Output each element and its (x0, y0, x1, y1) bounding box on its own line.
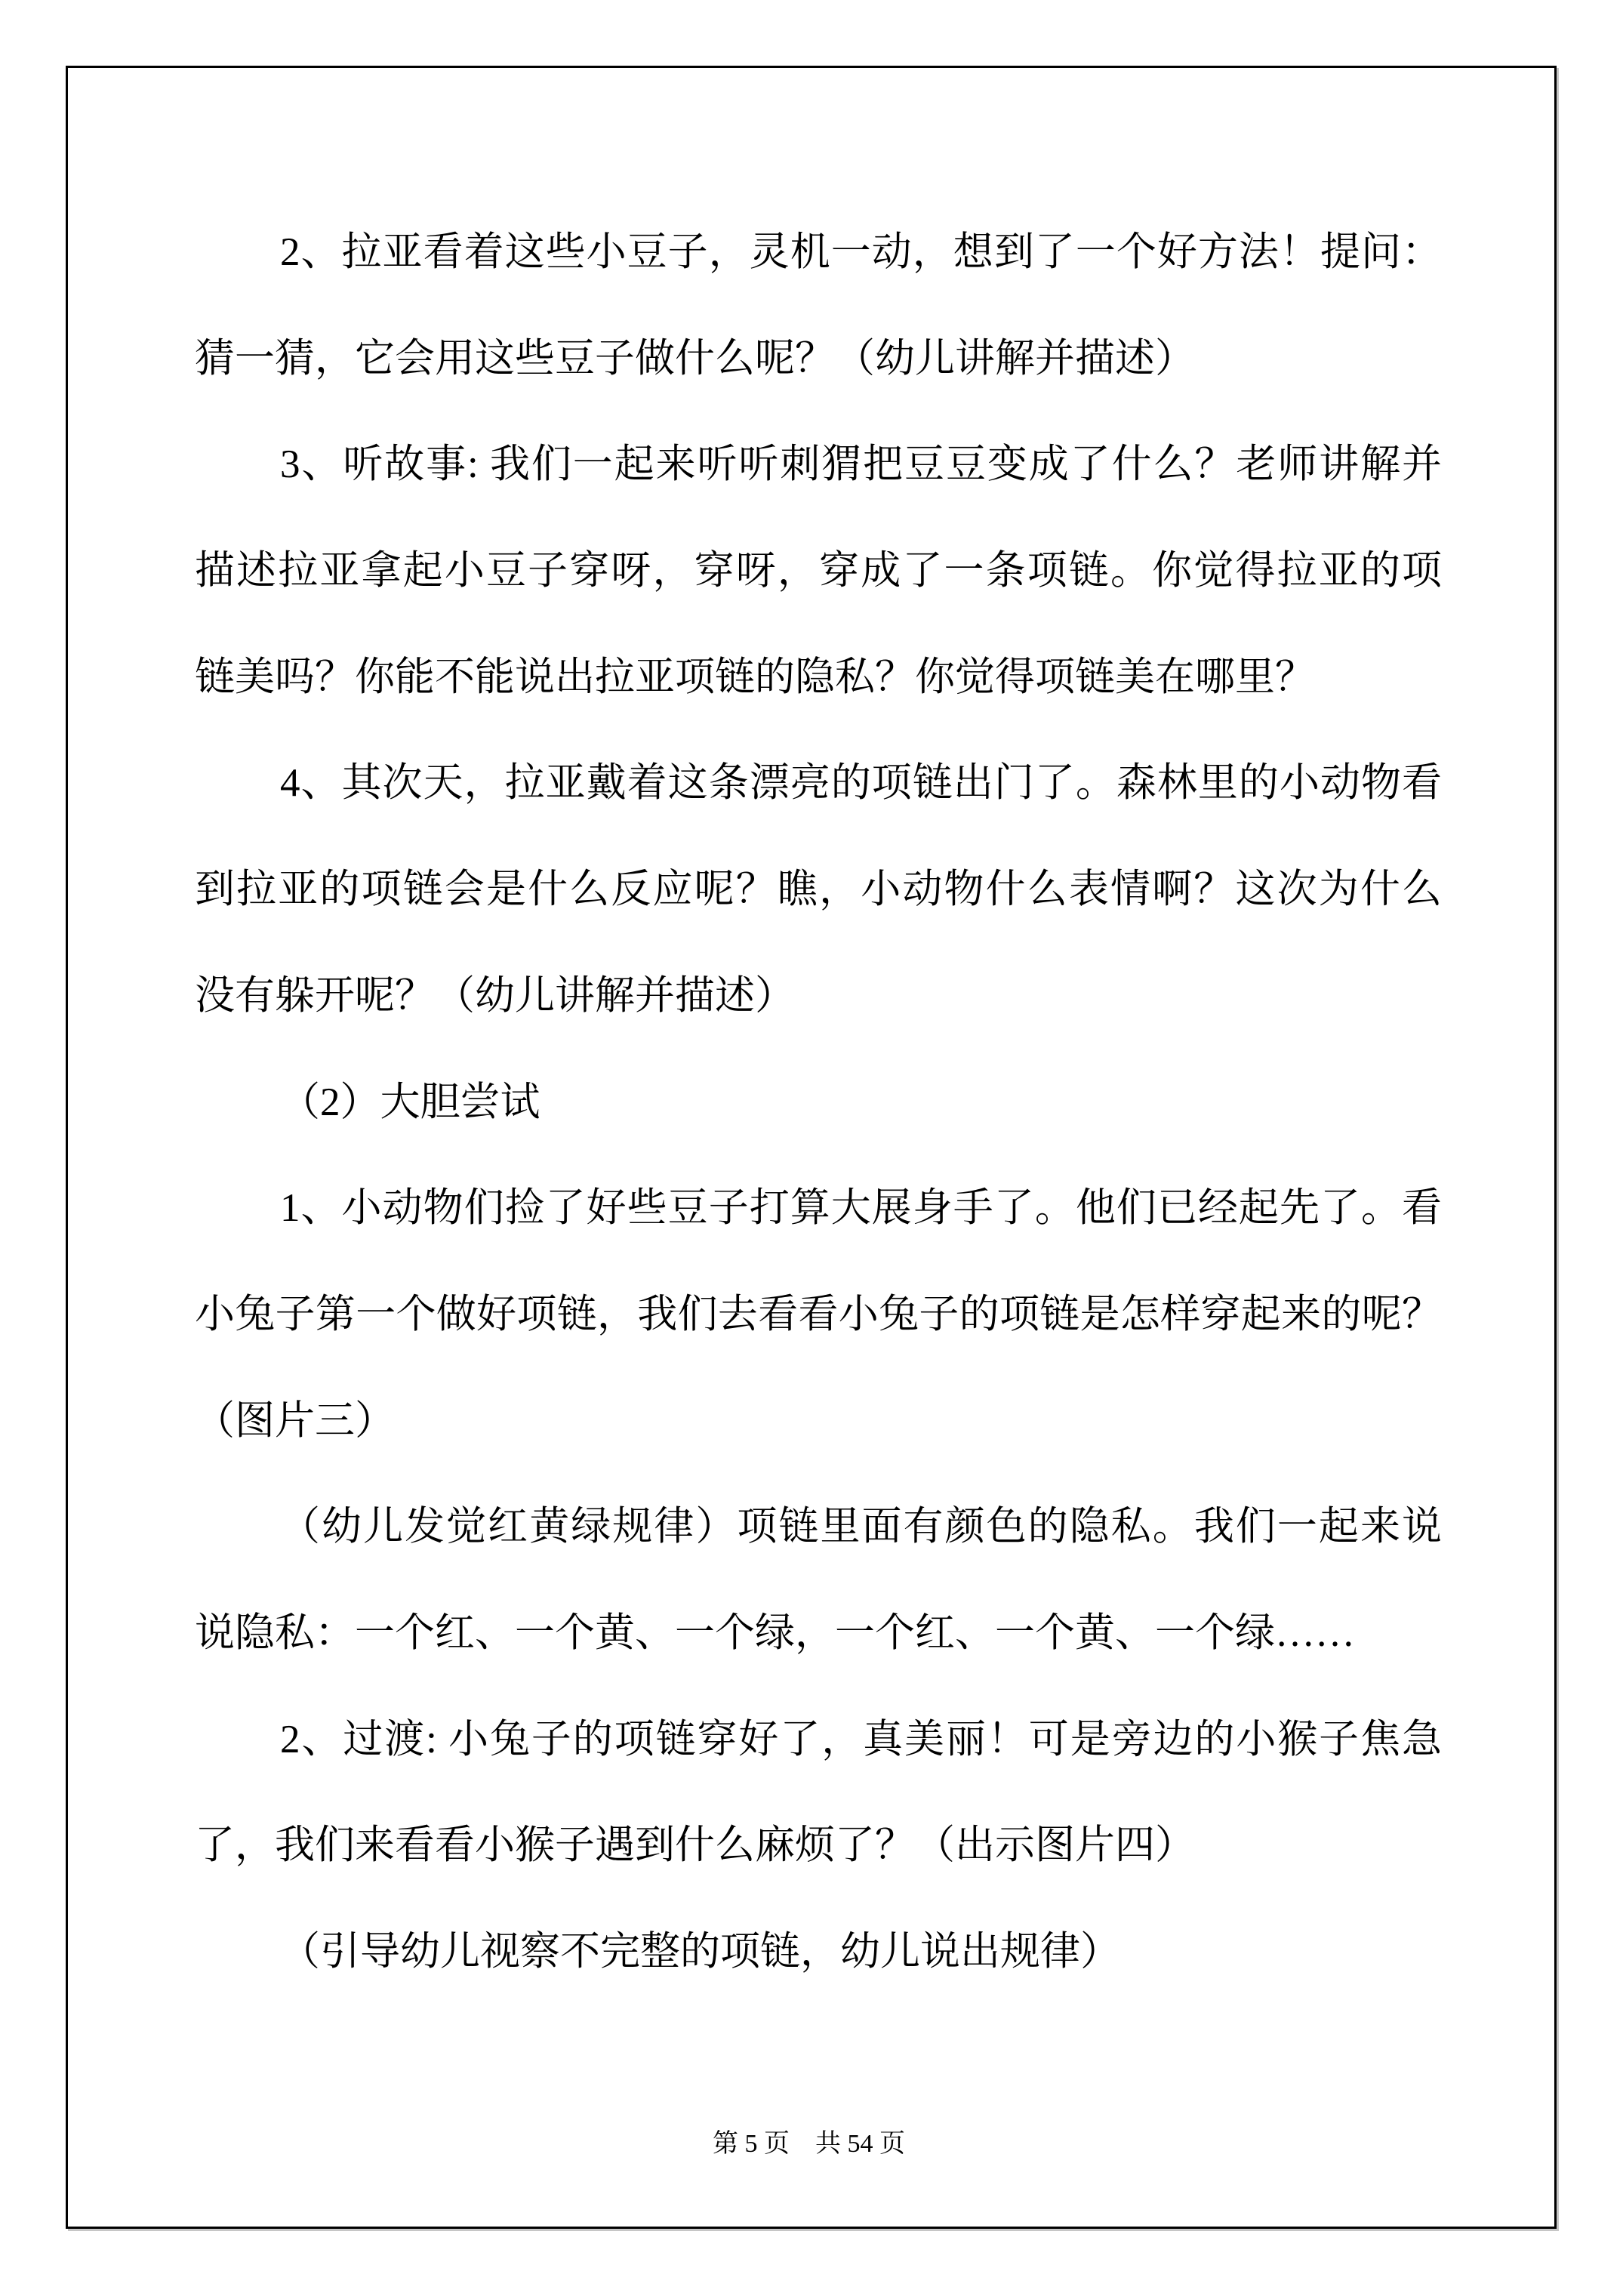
text-line: 没有躲开呢？（幼儿讲解并描述） (195, 943, 1442, 1049)
text-line: 说隐私：一个红、一个黄、一个绿，一个红、一个黄、一个绿…… (195, 1580, 1442, 1687)
text-line: （引导幼儿视察不完整的项链，幼儿说出规律） (195, 1899, 1442, 2005)
text-line: 3、听故事: 我们一起来听听刺猬把豆豆变成了什么？老师讲解并 (195, 411, 1442, 518)
text-line: （图片三） (195, 1368, 1442, 1475)
page-footer: 第 5 页 共 54 页 (68, 2131, 1550, 2158)
document-body: 2、拉亚看着这些小豆子，灵机一动，想到了一个好方法！提问：猜一猜，它会用这些豆子… (195, 199, 1442, 2005)
document-page: 2、拉亚看着这些小豆子，灵机一动，想到了一个好方法！提问：猜一猜，它会用这些豆子… (0, 0, 1623, 2296)
text-line: 了，我们来看看小猴子遇到什么麻烦了？（出示图片四） (195, 1792, 1442, 1899)
page-border-frame: 2、拉亚看着这些小豆子，灵机一动，想到了一个好方法！提问：猜一猜，它会用这些豆子… (66, 66, 1557, 2229)
text-line: 1、小动物们捡了好些豆子打算大展身手了。他们已经起先了。看 (195, 1155, 1442, 1262)
text-line: 链美吗？你能不能说出拉亚项链的隐私？你觉得项链美在哪里？ (195, 624, 1442, 731)
text-line: 2、拉亚看着这些小豆子，灵机一动，想到了一个好方法！提问： (195, 199, 1442, 306)
text-line: 描述拉亚拿起小豆子穿呀，穿呀，穿成了一条项链。你觉得拉亚的项 (195, 518, 1442, 624)
text-line: 到拉亚的项链会是什么反应呢？瞧，小动物什么表情啊？这次为什么 (195, 837, 1442, 943)
text-line: （2）大胆尝试 (195, 1049, 1442, 1156)
page-number-text: 第 5 页 共 54 页 (713, 2130, 905, 2158)
text-line: 猜一猜，它会用这些豆子做什么呢？（幼儿讲解并描述） (195, 306, 1442, 412)
text-line: 4、其次天，拉亚戴着这条漂亮的项链出门了。森林里的小动物看 (195, 730, 1442, 837)
text-line: 小兔子第一个做好项链，我们去看看小兔子的项链是怎样穿起来的呢？ (195, 1262, 1442, 1368)
text-line: （幼儿发觉红黄绿规律）项链里面有颜色的隐私。我们一起来说 (195, 1474, 1442, 1580)
text-line: 2、过渡: 小兔子的项链穿好了，真美丽！可是旁边的小猴子焦急 (195, 1687, 1442, 1793)
